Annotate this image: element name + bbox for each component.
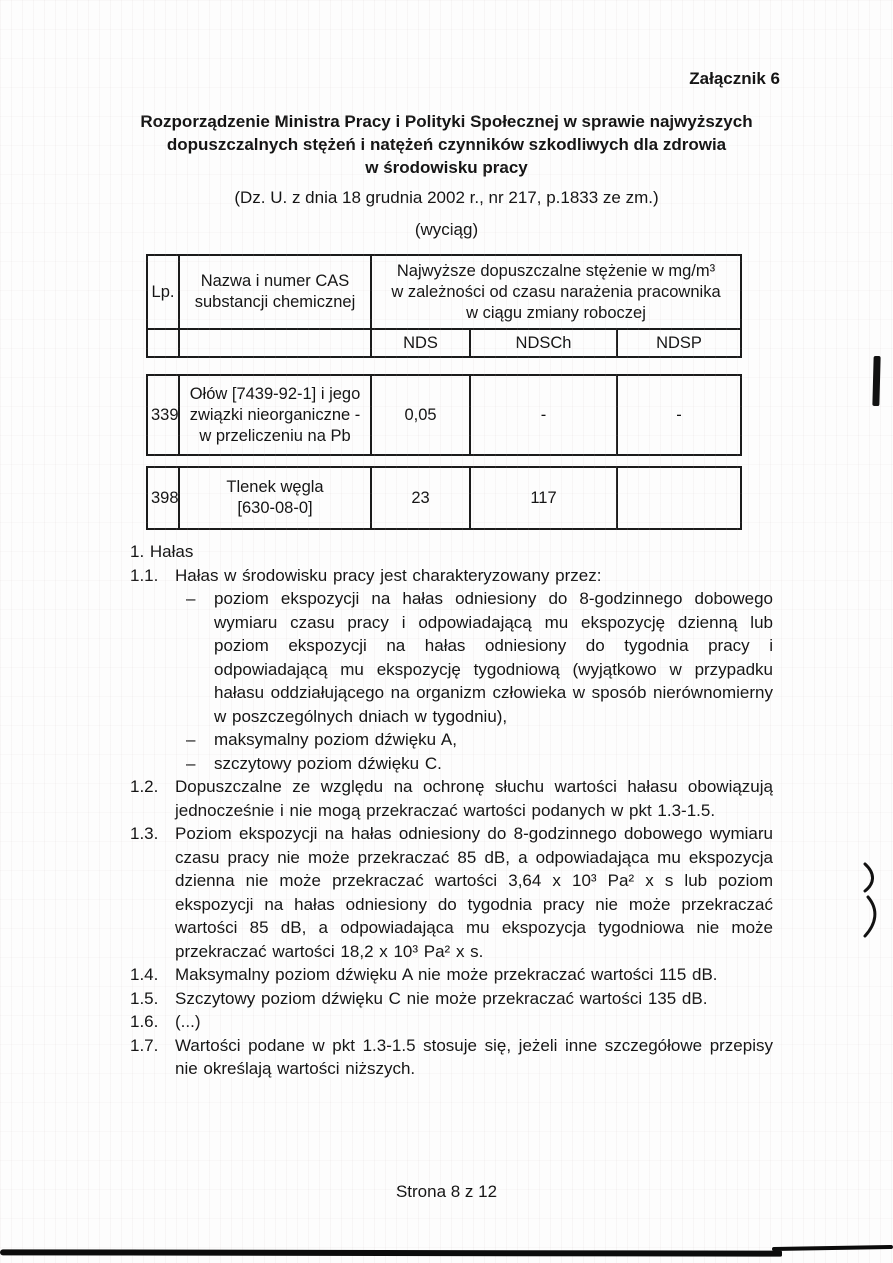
document-body: Rozporządzenie Ministra Pracy i Polityki… bbox=[0, 0, 893, 1081]
attachment-label: Załącznik 6 bbox=[689, 69, 780, 89]
noise-item-1-7: 1.7. Wartości podane w pkt 1.3-1.5 stosu… bbox=[130, 1034, 773, 1081]
scan-ink-mark-vertical bbox=[872, 356, 880, 406]
noise-item-1-2: 1.2. Dopuszczalne ze względu na ochronę … bbox=[130, 775, 773, 822]
item-number: 1.6. bbox=[130, 1010, 175, 1034]
item-number: 1.1. bbox=[130, 564, 175, 776]
column-header-ndsp: NDSP bbox=[617, 329, 741, 357]
document-title: Rozporządzenie Ministra Pracy i Polityki… bbox=[97, 110, 797, 179]
column-header-lp-empty bbox=[147, 329, 179, 357]
subitem-text: maksymalny poziom dźwięku A, bbox=[214, 728, 773, 752]
excerpt-label: (wyciąg) bbox=[0, 220, 893, 240]
table-row-398: 398 Tlenek węgla [630-08-0] 23 117 bbox=[146, 466, 742, 530]
column-header-lp: Lp. bbox=[147, 255, 179, 329]
column-header-substance-name: Nazwa i numer CAS substancji chemicznej bbox=[179, 255, 371, 329]
page-number-footer: Strona 8 z 12 bbox=[0, 1182, 893, 1202]
noise-section: 1. Hałas 1.1. Hałas w środowisku pracy j… bbox=[130, 540, 773, 1081]
scan-edge-shadow-bar-right bbox=[772, 1245, 893, 1251]
noise-item-1-1: 1.1. Hałas w środowisku pracy jest chara… bbox=[130, 564, 773, 776]
subitem-text: szczytowy poziom dźwięku C. bbox=[214, 752, 773, 776]
scanned-document-page: { "document": { "attachment_label": "Zał… bbox=[0, 0, 893, 1263]
dash-marker: – bbox=[186, 752, 214, 776]
scan-edge-shadow-bar bbox=[0, 1249, 782, 1256]
row-339-lp: 339 bbox=[147, 375, 179, 455]
noise-subitem-peak-level-c: – szczytowy poziom dźwięku C. bbox=[186, 752, 773, 776]
noise-item-1-6: 1.6. (...) bbox=[130, 1010, 773, 1034]
item-text: Hałas w środowisku pracy jest charaktery… bbox=[175, 564, 773, 588]
column-header-concentration-group: Najwyższe dopuszczalne stężenie w mg/m³ … bbox=[371, 255, 741, 329]
limits-table-header: Lp. Nazwa i numer CAS substancji chemicz… bbox=[146, 254, 742, 358]
noise-subitem-max-level-a: – maksymalny poziom dźwięku A, bbox=[186, 728, 773, 752]
noise-item-1-4: 1.4. Maksymalny poziom dźwięku A nie moż… bbox=[130, 963, 773, 987]
noise-item-1-5: 1.5. Szczytowy poziom dźwięku C nie może… bbox=[130, 987, 773, 1011]
column-header-nds: NDS bbox=[371, 329, 470, 357]
item-number: 1.2. bbox=[130, 775, 175, 822]
noise-item-1-3: 1.3. Poziom ekspozycji na hałas odniesio… bbox=[130, 822, 773, 963]
row-398-ndsp-value bbox=[617, 467, 741, 529]
row-398-ndsch-value: 117 bbox=[470, 467, 617, 529]
item-number: 1.7. bbox=[130, 1034, 175, 1081]
item-text: Poziom ekspozycji na hałas odniesiony do… bbox=[175, 822, 773, 963]
dash-marker: – bbox=[186, 587, 214, 728]
item-text: Maksymalny poziom dźwięku A nie może prz… bbox=[175, 963, 773, 987]
column-header-ndsch: NDSCh bbox=[470, 329, 617, 357]
journal-citation: (Dz. U. z dnia 18 grudnia 2002 r., nr 21… bbox=[0, 188, 893, 208]
item-number: 1.4. bbox=[130, 963, 175, 987]
column-header-name-empty bbox=[179, 329, 371, 357]
row-398-lp: 398 bbox=[147, 467, 179, 529]
row-339-nds-value: 0,05 bbox=[371, 375, 470, 455]
item-text: Dopuszczalne ze względu na ochronę słuch… bbox=[175, 775, 773, 822]
row-339-substance-name: Ołów [7439-92-1] i jego związki nieorgan… bbox=[179, 375, 371, 455]
row-339-ndsch-value: - bbox=[470, 375, 617, 455]
noise-subitem-exposure: – poziom ekspozycji na hałas odniesiony … bbox=[186, 587, 773, 728]
row-339-ndsp-value: - bbox=[617, 375, 741, 455]
row-398-substance-name: Tlenek węgla [630-08-0] bbox=[179, 467, 371, 529]
noise-section-heading: 1. Hałas bbox=[130, 540, 773, 564]
dash-marker: – bbox=[186, 728, 214, 752]
item-text: Wartości podane w pkt 1.3-1.5 stosuje si… bbox=[175, 1034, 773, 1081]
item-number: 1.5. bbox=[130, 987, 175, 1011]
item-number: 1.3. bbox=[130, 822, 175, 963]
row-398-nds-value: 23 bbox=[371, 467, 470, 529]
scan-ink-mark-brace bbox=[853, 860, 889, 944]
item-text: (...) bbox=[175, 1010, 773, 1034]
item-text: Szczytowy poziom dźwięku C nie może prze… bbox=[175, 987, 773, 1011]
table-row-339: 339 Ołów [7439-92-1] i jego związki nieo… bbox=[146, 374, 742, 456]
subitem-text: poziom ekspozycji na hałas odniesiony do… bbox=[214, 587, 773, 728]
